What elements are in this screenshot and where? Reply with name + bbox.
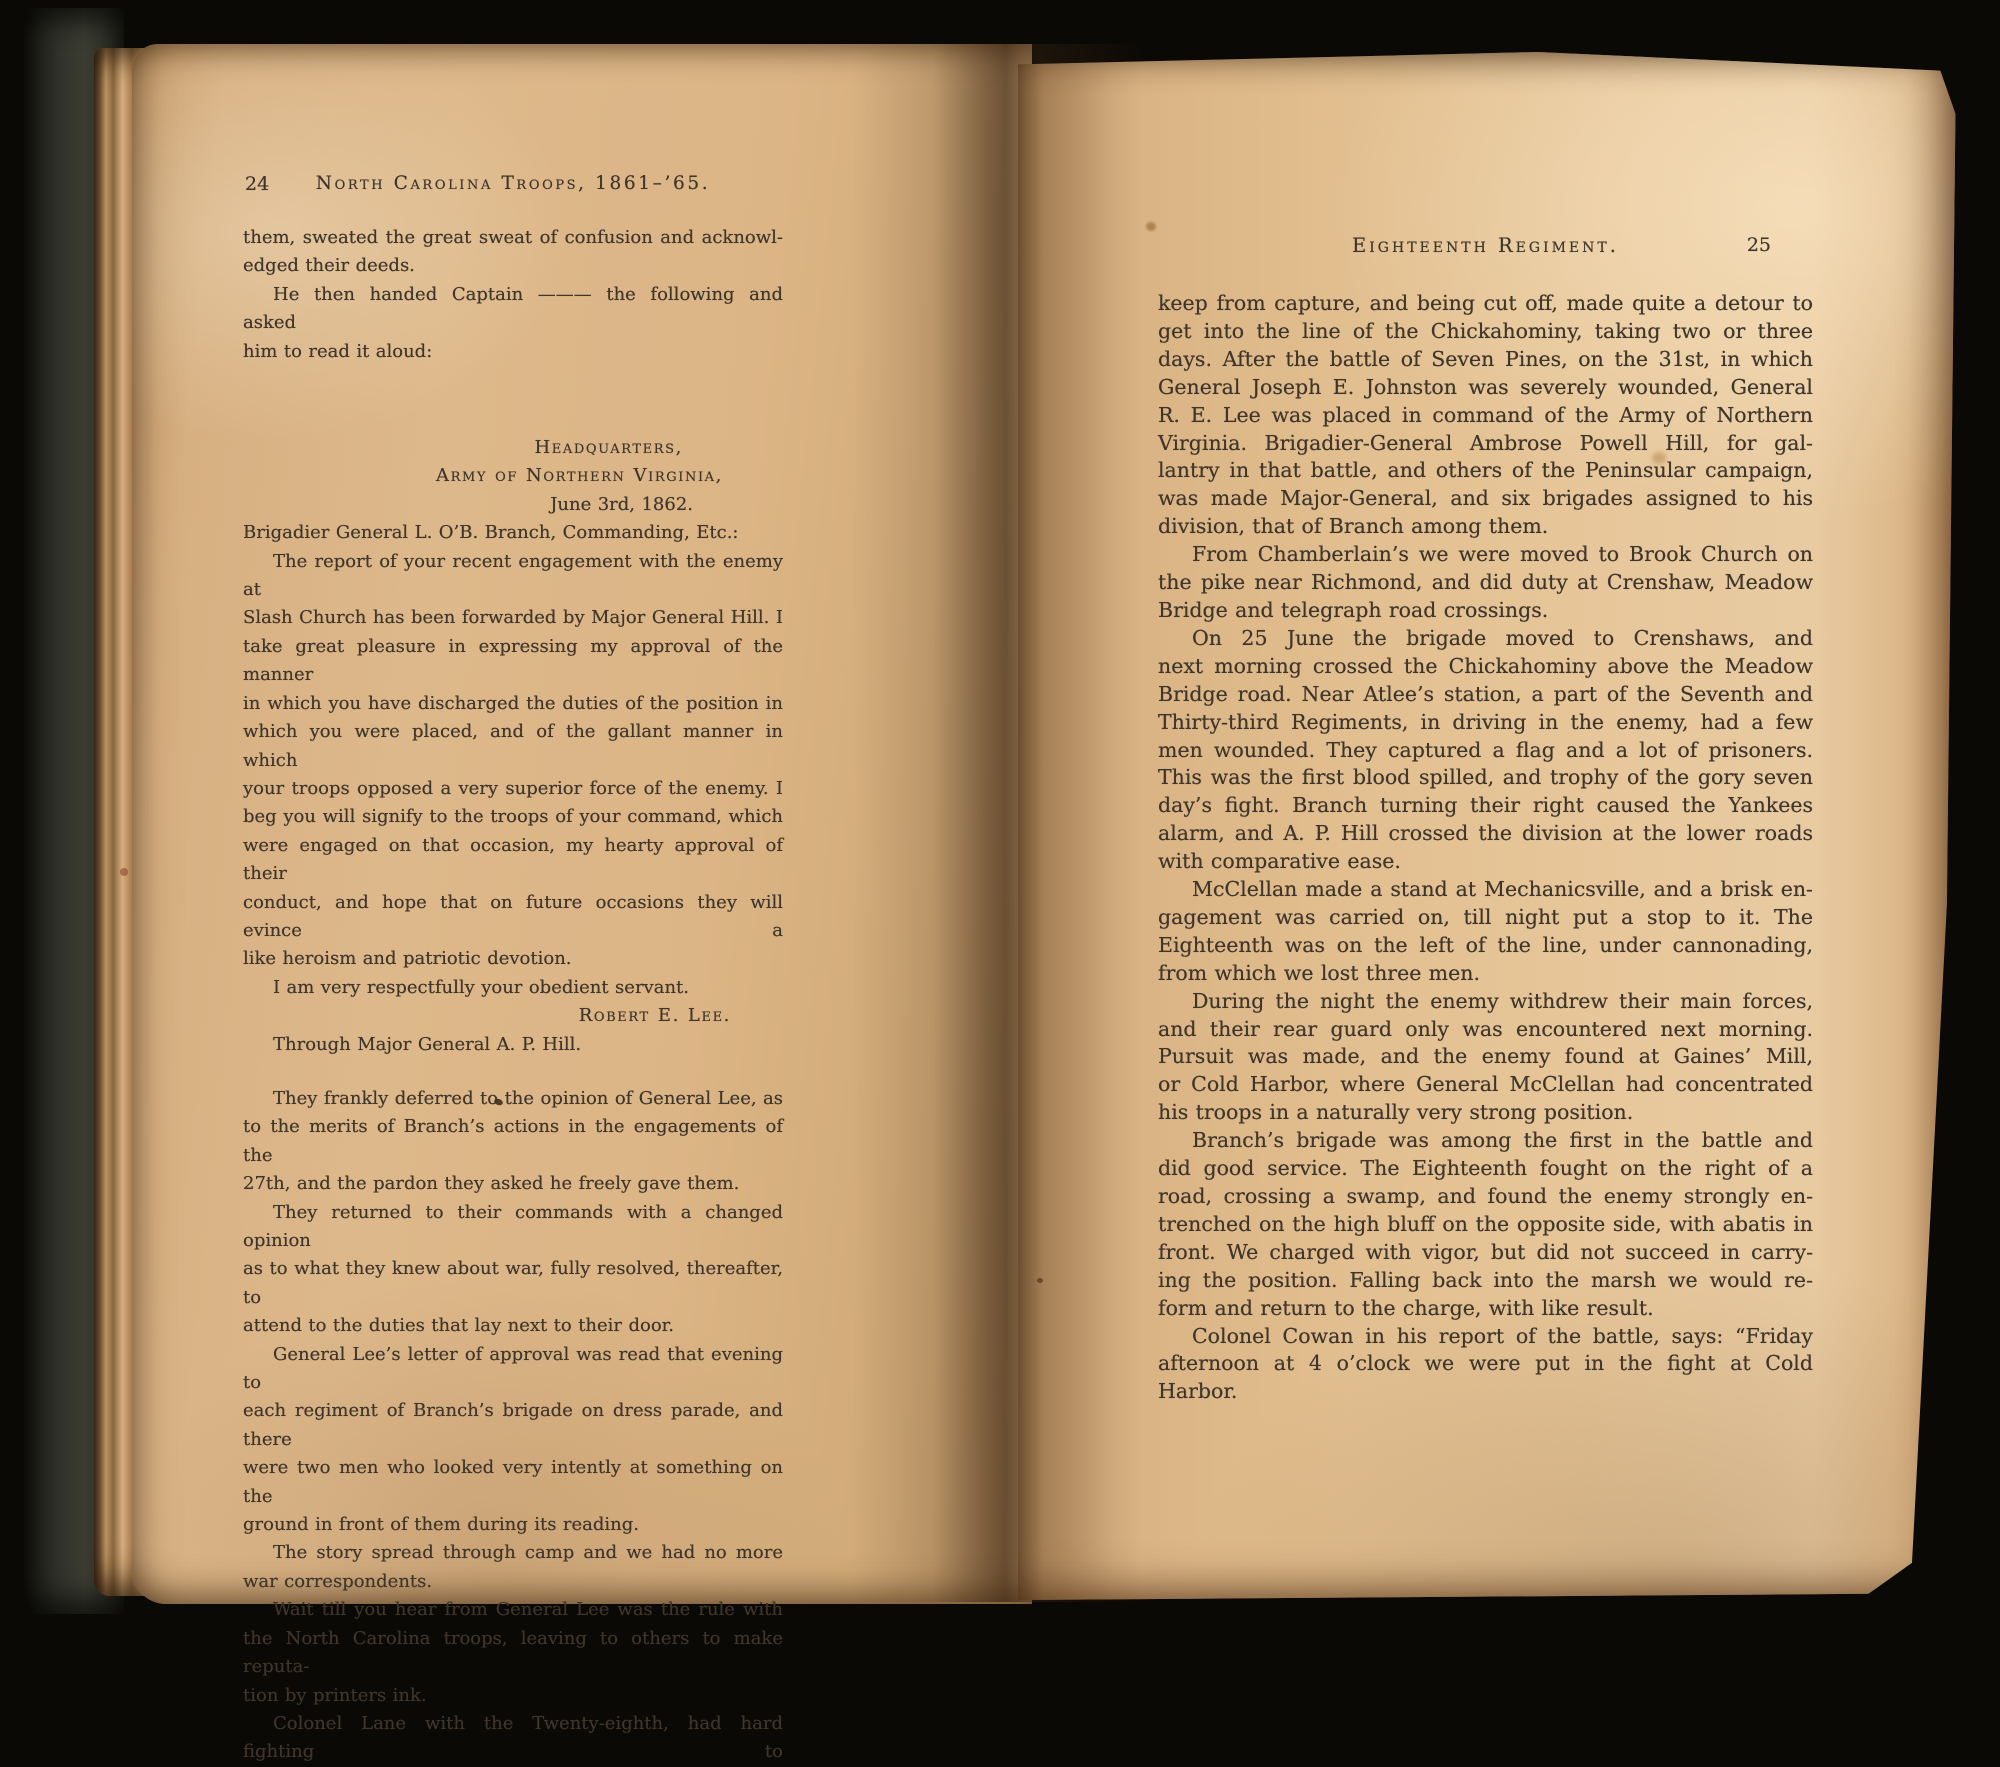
text-line: division, that of Branch among them.	[1158, 513, 1813, 541]
page-number: 25	[1747, 232, 1771, 260]
text-line: days. After the battle of Seven Pines, o…	[1158, 346, 1813, 374]
gutter-shadow	[852, 44, 1142, 1602]
text-line: did good service. The Eighteenth fought …	[1158, 1155, 1813, 1183]
text-line: Brigadier General L. O’B. Branch, Comman…	[243, 519, 783, 547]
text-line: 27th, and the pardon they asked he freel…	[243, 1170, 783, 1198]
page-body: them, sweated the great sweat of confusi…	[243, 224, 783, 1627]
text-line: edged their deeds.	[243, 252, 783, 280]
text-line: were two men who looked very intently at…	[243, 1454, 783, 1511]
text-line: lantry in that battle, and others of the…	[1158, 457, 1813, 485]
text-line: form and return to the charge, with like…	[1158, 1295, 1813, 1323]
text-line: During the night the enemy withdrew thei…	[1158, 988, 1813, 1016]
left-page-header: 24 North Carolina Troops, 1861–’65.	[243, 170, 783, 200]
text-line: next morning crossed the Chickahominy ab…	[1158, 653, 1813, 681]
text-line: the pike near Richmond, and did duty at …	[1158, 569, 1813, 597]
text-line: Headquarters,	[243, 434, 783, 462]
text-line: McClellan made a stand at Mechanicsville…	[1158, 876, 1813, 904]
text-line: like heroism and patriotic devotion.	[243, 945, 783, 973]
text-line: take great pleasure in expressing my app…	[243, 633, 783, 690]
page-body: keep from capture, and being cut off, ma…	[1158, 290, 1813, 1406]
text-line: General Joseph E. Johnston was severely …	[1158, 374, 1813, 402]
text-line: Virginia. Brigadier-General Ambrose Powe…	[1158, 430, 1813, 458]
text-line: day’s fight. Branch turning their right …	[1158, 792, 1813, 820]
text-line: Colonel Cowan in his report of the battl…	[1158, 1323, 1813, 1351]
text-line: or Cold Harbor, where General McClellan …	[1158, 1071, 1813, 1099]
text-line: Army of Northern Virginia,	[243, 462, 783, 490]
text-line: afternoon at 4 o’clock we were put in th…	[1158, 1350, 1813, 1406]
text-line: Bridge road. Near Atlee’s station, a par…	[1158, 681, 1813, 709]
text-line: Branch’s brigade was among the first in …	[1158, 1127, 1813, 1155]
text-line: On 25 June the brigade moved to Crenshaw…	[1158, 625, 1813, 653]
text-line: alarm, and A. P. Hill crossed the divisi…	[1158, 820, 1813, 848]
text-line: Robert E. Lee.	[243, 1002, 783, 1030]
text-line: Through Major General A. P. Hill.	[243, 1031, 783, 1059]
text-line: Thirty-third Regiments, in driving in th…	[1158, 709, 1813, 737]
text-line: ground in front of them during its readi…	[243, 1511, 783, 1539]
text-line: He then handed Captain ——— the following…	[243, 281, 783, 338]
text-line: in which you have discharged the duties …	[243, 690, 783, 718]
text-line: The story spread through camp and we had…	[243, 1539, 783, 1567]
text-line: June 3rd, 1862.	[243, 491, 783, 519]
text-line: as to what they knew about war, fully re…	[243, 1255, 783, 1312]
text-line: front. We charged with vigor, but did no…	[1158, 1239, 1813, 1267]
text-line: The report of your recent engagement wit…	[243, 548, 783, 605]
text-line: trenched on the high bluff on the opposi…	[1158, 1211, 1813, 1239]
text-line: get into the line of the Chickahominy, t…	[1158, 318, 1813, 346]
right-page-header: Eighteenth Regiment. 25	[1158, 232, 1813, 262]
text-line: from which we lost three men.	[1158, 960, 1813, 988]
book-photo: 24 North Carolina Troops, 1861–’65. them…	[0, 0, 2000, 1627]
text-line: From Chamberlain’s we were moved to Broo…	[1158, 541, 1813, 569]
text-line: him to read it aloud:	[243, 338, 783, 366]
text-line: war correspondents.	[243, 1568, 783, 1596]
text-line: men wounded. They captured a flag and a …	[1158, 737, 1813, 765]
text-line: them, sweated the great sweat of confusi…	[243, 224, 783, 252]
page-number: 24	[245, 170, 269, 198]
text-line: General Lee’s letter of approval was rea…	[243, 1341, 783, 1398]
text-line: Slash Church has been forwarded by Major…	[243, 604, 783, 632]
text-line: was made Major-General, and six brigades…	[1158, 485, 1813, 513]
text-line: They returned to their commands with a c…	[243, 1199, 783, 1256]
text-line: and their rear guard only was encountere…	[1158, 1016, 1813, 1044]
text-line: I am very respectfully your obedient ser…	[243, 974, 783, 1002]
text-line: with comparative ease.	[1158, 848, 1813, 876]
text-line: to the merits of Branch’s actions in the…	[243, 1113, 783, 1170]
text-line: your troops opposed a very superior forc…	[243, 775, 783, 803]
text-line: Bridge and telegraph road crossings.	[1158, 597, 1813, 625]
text-line: his troops in a naturally very strong po…	[1158, 1099, 1813, 1127]
text-line: R. E. Lee was placed in command of the A…	[1158, 402, 1813, 430]
left-page-text: 24 North Carolina Troops, 1861–’65. them…	[243, 170, 783, 1627]
text-line: were engaged on that occasion, my hearty…	[243, 832, 783, 889]
text-line: which you were placed, and of the gallan…	[243, 718, 783, 775]
right-page-text: Eighteenth Regiment. 25 keep from captur…	[1158, 232, 1813, 1406]
text-line: keep from capture, and being cut off, ma…	[1158, 290, 1813, 318]
running-header: North Carolina Troops, 1861–’65.	[316, 173, 710, 194]
running-header: Eighteenth Regiment.	[1352, 234, 1619, 257]
text-line: ing the position. Falling back into the …	[1158, 1267, 1813, 1295]
text-line: beg you will signify to the troops of yo…	[243, 803, 783, 831]
text-line: road, crossing a swamp, and found the en…	[1158, 1183, 1813, 1211]
text-line: gagement was carried on, till night put …	[1158, 904, 1813, 932]
text-line: each regiment of Branch’s brigade on dre…	[243, 1397, 783, 1454]
text-line: conduct, and hope that on future occasio…	[243, 889, 783, 946]
text-line: attend to the duties that lay next to th…	[243, 1312, 783, 1340]
text-line: This was the first blood spilled, and tr…	[1158, 764, 1813, 792]
text-line: Eighteenth was on the left of the line, …	[1158, 932, 1813, 960]
text-line: They frankly deferred to the opinion of …	[243, 1085, 783, 1113]
text-line: Wait till you hear from General Lee was …	[243, 1596, 783, 1624]
text-line: Pursuit was made, and the enemy found at…	[1158, 1043, 1813, 1071]
